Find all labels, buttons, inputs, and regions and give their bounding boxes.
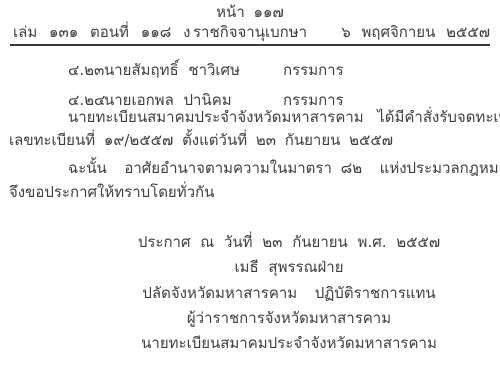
- announcement-paragraph-line-1: ฉะนั้น อาศัยอำนาจตามความในมาตรา ๘๒ แห่งป…: [68, 159, 500, 178]
- signer-title-governor: ผู้ว่าราชการจังหวัดมหาสารคาม: [89, 309, 489, 328]
- committee-item-number: ๔.๒๓: [68, 61, 104, 80]
- committee-row: ๔.๒๓ นายสัมฤทธิ์ ชาวิเศษ กรรมการ: [0, 61, 500, 81]
- gazette-document-page: หน้า ๑๑๗ เล่ม ๑๓๑ ตอนที่ ๑๑๘ ง ราชกิจจาน…: [0, 0, 500, 379]
- signer-name: เมธี สุพรรณฝ่าย: [89, 258, 489, 277]
- signer-title-registrar: นายทะเบียนสมาคมประจำจังหวัดมหาสารคาม: [89, 334, 489, 353]
- proclamation-date-line: ประกาศ ณ วันที่ ๒๓ กันยายน พ.ศ. ๒๕๕๗: [89, 233, 489, 252]
- header-divider-rule: [10, 44, 490, 46]
- signer-title-acting: ปลัดจังหวัดมหาสารคาม ปฏิบัติราชการแทน: [89, 284, 489, 303]
- gazette-header-row: เล่ม ๑๓๑ ตอนที่ ๑๑๘ ง ราชกิจจานุเบกษา ๖ …: [0, 23, 500, 43]
- committee-member-name: นายสัมฤทธิ์ ชาวิเศษ: [104, 61, 240, 80]
- registration-paragraph-line-1: นายทะเบียนสมาคมประจำจังหวัดมหาสารคาม ได้…: [68, 108, 500, 127]
- committee-member-role: กรรมการ: [283, 61, 344, 80]
- page-number-label: หน้า ๑๑๗: [0, 3, 500, 22]
- issue-date: ๖ พฤศจิกายน ๒๕๕๗: [341, 23, 490, 42]
- registration-paragraph-line-2: เลขทะเบียนที่ ๑๙/๒๕๕๗ ตั้งแต่วันที่ ๒๓ ก…: [9, 131, 393, 150]
- announcement-paragraph-line-2: จึงขอประกาศให้ทราบโดยทั่วกัน: [9, 183, 214, 202]
